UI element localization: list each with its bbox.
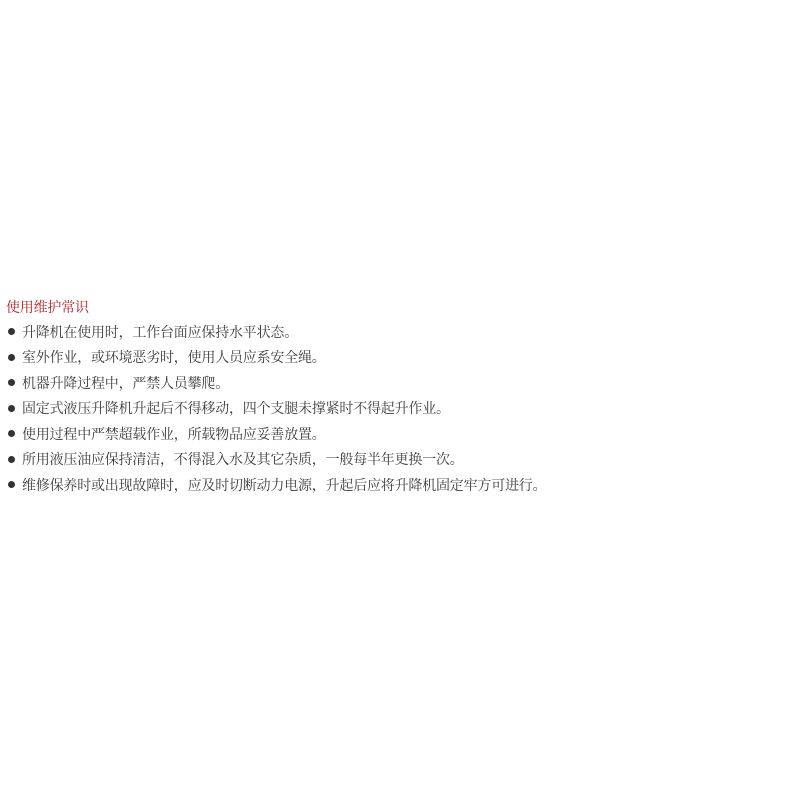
bullet-icon — [8, 405, 15, 412]
section-heading: 使用维护常识 — [6, 298, 796, 318]
list-item-text: 升降机在使用时，工作台面应保持水平状态。 — [22, 322, 298, 342]
bullet-icon — [8, 456, 15, 463]
list-item: 固定式液压升降机升起后不得移动，四个支腿未撑紧时不得起升作业。 — [6, 396, 796, 422]
list-item: 使用过程中严禁超载作业，所载物品应妥善放置。 — [6, 421, 796, 447]
bullet-icon — [8, 328, 15, 335]
list-item-text: 室外作业，或环境恶劣时，使用人员应系安全绳。 — [22, 347, 326, 367]
bullet-icon — [8, 430, 15, 437]
list-item-text: 所用液压油应保持清洁，不得混入水及其它杂质，一般每半年更换一次。 — [22, 449, 464, 469]
list-item-text: 机器升降过程中，严禁人员攀爬。 — [22, 373, 229, 393]
bullet-icon — [8, 354, 15, 361]
list-item: 机器升降过程中，严禁人员攀爬。 — [6, 370, 796, 396]
list-item-text: 维修保养时或出现故障时，应及时切断动力电源，升起后应将升降机固定牢方可进行。 — [22, 475, 546, 495]
list-item-text: 使用过程中严禁超载作业，所载物品应妥善放置。 — [22, 424, 326, 444]
list-item: 室外作业，或环境恶劣时，使用人员应系安全绳。 — [6, 345, 796, 371]
list-item: 所用液压油应保持清洁，不得混入水及其它杂质，一般每半年更换一次。 — [6, 447, 796, 473]
bullet-icon — [8, 379, 15, 386]
maintenance-section: 使用维护常识 升降机在使用时，工作台面应保持水平状态。 室外作业，或环境恶劣时，… — [6, 298, 796, 498]
bullet-icon — [8, 481, 15, 488]
list-item: 升降机在使用时，工作台面应保持水平状态。 — [6, 319, 796, 345]
list-item-text: 固定式液压升降机升起后不得移动，四个支腿未撑紧时不得起升作业。 — [22, 398, 450, 418]
list-item: 维修保养时或出现故障时，应及时切断动力电源，升起后应将升降机固定牢方可进行。 — [6, 472, 796, 498]
maintenance-tips-list: 升降机在使用时，工作台面应保持水平状态。 室外作业，或环境恶劣时，使用人员应系安… — [6, 319, 796, 498]
